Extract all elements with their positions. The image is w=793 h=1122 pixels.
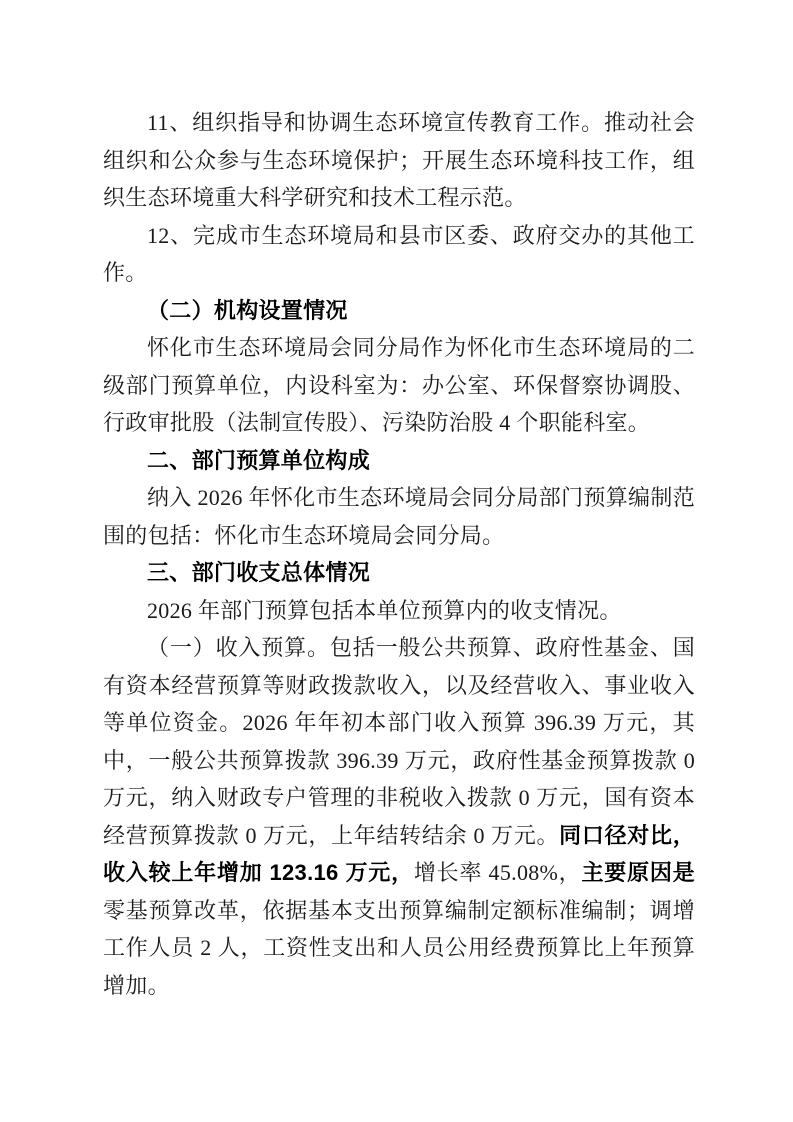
text-run: 2026 年部门预算包括本单位预算内的收支情况。 [147,598,622,623]
body-paragraph: 12、完成市生态环境局和县市区委、政府交办的其他工作。 [103,217,695,292]
text-run: 零基预算改革，依据基本支出预算编制定额标准编制；调增工作人员 2 人，工资性支出… [103,898,695,998]
text-run: 12、完成市生态环境局和县市区委、政府交办的其他工作。 [103,223,695,286]
text-run: 增长率 45.08%， [414,860,582,885]
text-run: 怀化市生态环境局会同分局作为怀化市生态环境局的二级部门预算单位，内设科室为：办公… [103,335,695,435]
bold-text-run: （二）机构设置情况 [147,298,348,323]
body-paragraph: （一）收入预算。包括一般公共预算、政府性基金、国有资本经营预算等财政拨款收入，以… [103,629,695,1004]
text-run: （一）收入预算。包括一般公共预算、政府性基金、国有资本经营预算等财政拨款收入，以… [103,635,695,848]
section-heading: 三、部门收支总体情况 [103,554,695,592]
section-heading: 二、部门预算单位构成 [103,442,695,480]
body-paragraph: 2026 年部门预算包括本单位预算内的收支情况。 [103,592,695,630]
document-page: 11、组织指导和协调生态环境宣传教育工作。推动社会组织和公众参与生态环境保护；开… [0,0,793,1122]
body-paragraph: 11、组织指导和协调生态环境宣传教育工作。推动社会组织和公众参与生态环境保护；开… [103,104,695,217]
bold-text-run: 二、部门预算单位构成 [147,448,370,473]
document-content: 11、组织指导和协调生态环境宣传教育工作。推动社会组织和公众参与生态环境保护；开… [103,104,695,1004]
text-run: 纳入 2026 年怀化市生态环境局会同分局部门预算编制范围的包括：怀化市生态环境… [103,485,695,548]
text-run: 11、组织指导和协调生态环境宣传教育工作。推动社会组织和公众参与生态环境保护；开… [103,110,695,210]
bold-text-run: 主要原因是 [581,860,695,885]
section-heading: （二）机构设置情况 [103,292,695,330]
body-paragraph: 纳入 2026 年怀化市生态环境局会同分局部门预算编制范围的包括：怀化市生态环境… [103,479,695,554]
bold-text-run: 三、部门收支总体情况 [147,560,370,585]
body-paragraph: 怀化市生态环境局会同分局作为怀化市生态环境局的二级部门预算单位，内设科室为：办公… [103,329,695,442]
